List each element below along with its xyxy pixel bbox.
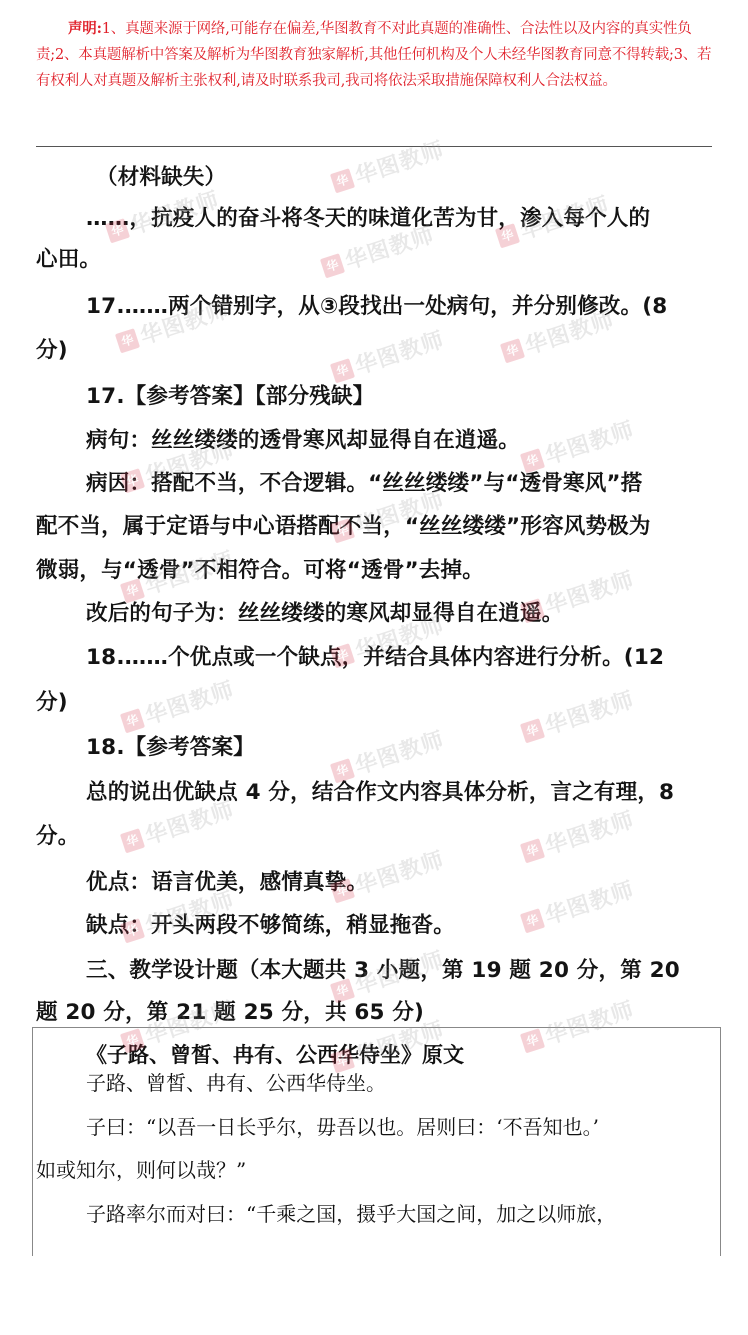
body-line: ……，抗疫人的奋斗将冬天的味道化苦为甘，渗入每个人的 bbox=[86, 204, 650, 234]
disclaimer-text: 1、真题来源于网络,可能存在偏差,华图教育不对此真题的准确性、合法性以及内容的真… bbox=[36, 21, 711, 89]
watermark-logo-icon: 华 bbox=[330, 168, 355, 193]
watermark-logo-icon: 华 bbox=[520, 908, 545, 933]
watermark-text: 华图教师 bbox=[541, 413, 638, 471]
body-line: 优点：语言优美，感情真挚。 bbox=[86, 868, 368, 898]
watermark-text: 华图教师 bbox=[541, 683, 638, 741]
watermark-logo-icon: 华 bbox=[330, 358, 355, 383]
body-line: 18.【参考答案】 bbox=[86, 733, 255, 763]
watermark-logo-icon: 华 bbox=[120, 708, 145, 733]
body-line: 分) bbox=[36, 688, 68, 718]
body-line: 总的说出优缺点 4 分，结合作文内容具体分析，言之有理，8 bbox=[86, 778, 674, 808]
disclaimer-lead: 声明: bbox=[68, 20, 102, 37]
watermark-stamp: 华华图教师 bbox=[518, 683, 638, 748]
watermark-text: 华图教师 bbox=[541, 873, 638, 931]
body-line: 心田。 bbox=[36, 245, 101, 275]
watermark-logo-icon: 华 bbox=[500, 338, 525, 363]
body-line: 17.……两个错别字，从③段找出一处病句，并分别修改。(8 bbox=[86, 292, 667, 322]
disclaimer: 声明:1、真题来源于网络,可能存在偏差,华图教育不对此真题的准确性、合法性以及内… bbox=[36, 16, 712, 94]
body-line: （材料缺失） bbox=[96, 163, 226, 193]
watermark-stamp: 华华图教师 bbox=[518, 803, 638, 868]
watermark-text: 华图教师 bbox=[141, 673, 238, 731]
watermark-logo-icon: 华 bbox=[120, 828, 145, 853]
box-line: 如或知尔，则何以哉？” bbox=[36, 1155, 246, 1185]
body-line: 缺点：开头两段不够简练，稍显拖沓。 bbox=[86, 911, 455, 941]
box-line: 子路、曾皙、冉有、公西华侍坐。 bbox=[86, 1068, 386, 1098]
watermark-text: 华图教师 bbox=[351, 323, 448, 381]
watermark-logo-icon: 华 bbox=[520, 718, 545, 743]
body-line: 18.……个优点或一个缺点，并结合具体内容进行分析。(12 bbox=[86, 643, 664, 673]
body-line: 题 20 分，第 21 题 25 分，共 65 分) bbox=[36, 998, 424, 1028]
box-title: 《子路、曾皙、冉有、公西华侍坐》原文 bbox=[86, 1040, 464, 1070]
body-line: 配不当，属于定语与中心语搭配不当，“丝丝缕缕”形容风势极为 bbox=[36, 512, 651, 542]
body-line: 17.【参考答案】【部分残缺】 bbox=[86, 382, 374, 412]
body-line: 病因：搭配不当，不合逻辑。“丝丝缕缕”与“透骨寒风”搭 bbox=[86, 469, 642, 499]
body-line: 分) bbox=[36, 336, 68, 366]
watermark-logo-icon: 华 bbox=[115, 328, 140, 353]
body-line: 病句：丝丝缕缕的透骨寒风却显得自在逍遥。 bbox=[86, 426, 520, 456]
watermark-text: 华图教师 bbox=[541, 803, 638, 861]
watermark-stamp: 华华图教师 bbox=[328, 133, 448, 198]
header-divider bbox=[36, 146, 712, 147]
body-line: 三、教学设计题（本大题共 3 小题，第 19 题 20 分，第 20 bbox=[86, 956, 680, 986]
body-line: 分。 bbox=[36, 822, 79, 852]
watermark-text: 华图教师 bbox=[351, 723, 448, 781]
watermark-logo-icon: 华 bbox=[520, 838, 545, 863]
watermark-stamp: 华华图教师 bbox=[518, 873, 638, 938]
watermark-stamp: 华华图教师 bbox=[328, 323, 448, 388]
body-line: 微弱，与“透骨”不相符合。可将“透骨”去掉。 bbox=[36, 556, 484, 586]
box-line: 子曰：“以吾一日长乎尔，毋吾以也。居则曰：‘不吾知也。’ bbox=[86, 1112, 599, 1142]
box-line: 子路率尔而对曰：“千乘之国，摄乎大国之间，加之以师旅， bbox=[86, 1199, 616, 1229]
watermark-text: 华图教师 bbox=[351, 133, 448, 191]
watermark-stamp: 华华图教师 bbox=[118, 673, 238, 738]
watermark-logo-icon: 华 bbox=[320, 253, 345, 278]
body-line: 改后的句子为：丝丝缕缕的寒风却显得自在逍遥。 bbox=[86, 599, 563, 629]
